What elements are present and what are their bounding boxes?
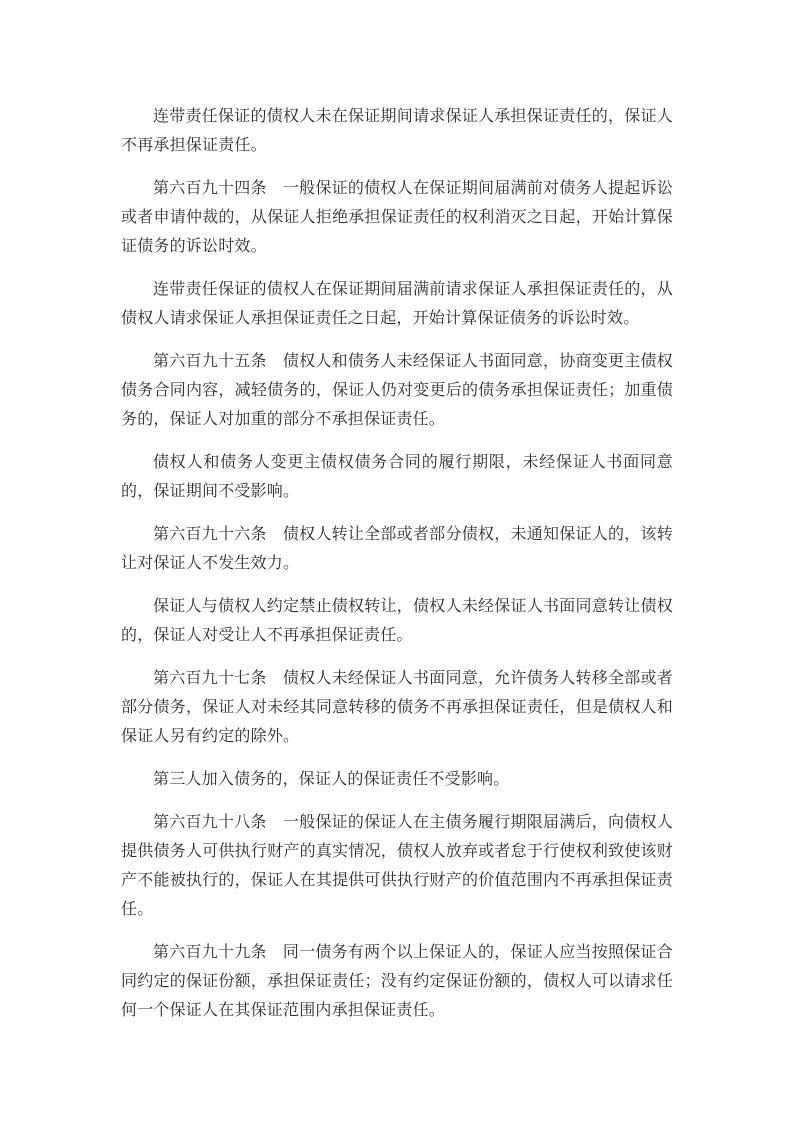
article-paragraph: 第六百九十六条债权人转让全部或者部分债权，未通知保证人的，该转让对保证人不发生效… <box>121 519 673 577</box>
article-number: 第六百九十四条 <box>153 178 267 197</box>
article-paragraph: 第六百九十七条债权人未经保证人书面同意，允许债务人转移全部或者部分债务，保证人对… <box>121 663 673 750</box>
paragraph-text: 第三人加入债务的，保证人的保证责任不受影响。 <box>153 769 509 788</box>
paragraph: 第三人加入债务的，保证人的保证责任不受影响。 <box>121 764 673 793</box>
paragraph: 债权人和债务人变更主债权债务合同的履行期限，未经保证人书面同意的，保证期间不受影… <box>121 447 673 505</box>
paragraph-text: 连带责任保证的债权人在保证期间届满前请求保证人承担保证责任的，从债权人请求保证人… <box>121 279 673 327</box>
paragraph-text: 保证人与债权人约定禁止债权转让，债权人未经保证人书面同意转让债权的，保证人对受让… <box>121 596 673 644</box>
article-number: 第六百九十五条 <box>153 351 267 370</box>
article-paragraph: 第六百九十四条一般保证的债权人在保证期间届满前对债务人提起诉讼或者申请仲裁的，从… <box>121 173 673 260</box>
article-paragraph: 第六百九十五条债权人和债务人未经保证人书面同意，协商变更主债权债务合同内容，减轻… <box>121 346 673 433</box>
article-number: 第六百九十七条 <box>153 668 267 687</box>
paragraph-text: 连带责任保证的债权人未在保证期间请求保证人承担保证责任的，保证人不再承担保证责任… <box>121 106 673 154</box>
article-paragraph: 第六百九十八条一般保证的保证人在主债务履行期限届满后，向债权人提供债务人可供执行… <box>121 807 673 923</box>
paragraph: 保证人与债权人约定禁止债权转让，债权人未经保证人书面同意转让债权的，保证人对受让… <box>121 591 673 649</box>
document-page: 连带责任保证的债权人未在保证期间请求保证人承担保证责任的，保证人不再承担保证责任… <box>121 101 673 1038</box>
paragraph: 连带责任保证的债权人未在保证期间请求保证人承担保证责任的，保证人不再承担保证责任… <box>121 101 673 159</box>
paragraph-text: 债权人和债务人变更主债权债务合同的履行期限，未经保证人书面同意的，保证期间不受影… <box>121 452 673 500</box>
article-number: 第六百九十六条 <box>153 524 267 543</box>
article-paragraph: 第六百九十九条同一债务有两个以上保证人的，保证人应当按照保证合同约定的保证份额，… <box>121 937 673 1024</box>
article-number: 第六百九十八条 <box>153 812 267 831</box>
article-number: 第六百九十九条 <box>153 942 267 961</box>
paragraph: 连带责任保证的债权人在保证期间届满前请求保证人承担保证责任的，从债权人请求保证人… <box>121 274 673 332</box>
